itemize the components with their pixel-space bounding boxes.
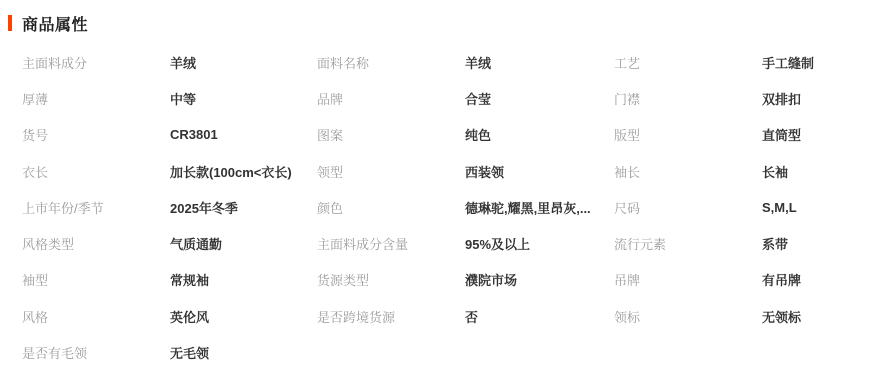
attribute-value: 无毛领 <box>170 343 221 362</box>
attribute-cell: 货源类型 濮院市场 <box>317 262 614 298</box>
attribute-value: 无领标 <box>762 307 813 326</box>
attribute-cell: 领型 西装领 <box>317 153 614 189</box>
attribute-label: 主面料成分含量 <box>317 234 465 253</box>
attribute-cell: 工艺 手工缝制 <box>614 44 872 80</box>
attribute-label: 图案 <box>317 125 465 144</box>
attribute-cell: 是否跨境货源 否 <box>317 298 614 334</box>
attribute-value: 常规袖 <box>170 270 221 289</box>
attribute-value: 羊绒 <box>170 53 208 72</box>
attribute-label: 流行元素 <box>614 234 762 253</box>
attribute-value: 德琳驼,耀黑,里昂灰,... <box>465 198 603 217</box>
attribute-cell: 是否有毛领 无毛领 <box>22 334 317 369</box>
attribute-label: 货源类型 <box>317 270 465 289</box>
attribute-value: 濮院市场 <box>465 270 529 289</box>
attribute-cell: 图案 纯色 <box>317 117 614 153</box>
product-attributes-header: 商品属性 <box>0 0 872 32</box>
attribute-label: 上市年份/季节 <box>22 198 170 217</box>
attribute-value: 双排扣 <box>762 89 813 108</box>
attribute-cell: 货号 CR3801 <box>22 117 317 153</box>
attribute-label: 颜色 <box>317 198 465 217</box>
attribute-cell: 领标 无领标 <box>614 298 872 334</box>
attribute-value: 英伦风 <box>170 307 221 326</box>
section-title: 商品属性 <box>22 12 88 35</box>
attribute-label: 版型 <box>614 125 762 144</box>
attribute-cell: 风格 英伦风 <box>22 298 317 334</box>
attribute-value: 95%及以上 <box>465 234 542 253</box>
attribute-label: 领型 <box>317 162 465 181</box>
attribute-value: 西装领 <box>465 162 516 181</box>
attribute-cell: 上市年份/季节 2025年冬季 <box>22 189 317 225</box>
attribute-label: 主面料成分 <box>22 53 170 72</box>
attribute-label: 风格 <box>22 307 170 326</box>
attribute-label: 袖长 <box>614 162 762 181</box>
attribute-cell: 衣长 加长款(100cm<衣长) <box>22 153 317 189</box>
attribute-cell: 厚薄 中等 <box>22 80 317 116</box>
attribute-value: 直筒型 <box>762 125 813 144</box>
attribute-value: 否 <box>465 307 490 326</box>
attribute-cell: 主面料成分 羊绒 <box>22 44 317 80</box>
attribute-cell: 门襟 双排扣 <box>614 80 872 116</box>
attribute-label: 袖型 <box>22 270 170 289</box>
attribute-label: 工艺 <box>614 53 762 72</box>
attribute-value: 手工缝制 <box>762 53 826 72</box>
attribute-value: 羊绒 <box>465 53 503 72</box>
attribute-cell: 颜色 德琳驼,耀黑,里昂灰,... <box>317 189 614 225</box>
attribute-value: 长袖 <box>762 162 800 181</box>
attribute-value: 加长款(100cm<衣长) <box>170 162 304 181</box>
attribute-value: 系带 <box>762 234 800 253</box>
accent-bar-icon <box>8 15 12 31</box>
attribute-value: 中等 <box>170 89 208 108</box>
attribute-label: 是否有毛领 <box>22 343 170 362</box>
attribute-label: 厚薄 <box>22 89 170 108</box>
attribute-label: 门襟 <box>614 89 762 108</box>
attribute-value: 有吊牌 <box>762 270 813 289</box>
attribute-cell: 品牌 合莹 <box>317 80 614 116</box>
attribute-label: 品牌 <box>317 89 465 108</box>
attribute-label: 吊牌 <box>614 270 762 289</box>
attribute-value: 2025年冬季 <box>170 198 250 217</box>
attribute-label: 面料名称 <box>317 53 465 72</box>
attribute-value: S,M,L <box>762 200 809 215</box>
attribute-label: 风格类型 <box>22 234 170 253</box>
attribute-label: 货号 <box>22 125 170 144</box>
attribute-cell: 面料名称 羊绒 <box>317 44 614 80</box>
attribute-cell: 版型 直筒型 <box>614 117 872 153</box>
attribute-value: 合莹 <box>465 89 503 108</box>
attribute-cell: 袖长 长袖 <box>614 153 872 189</box>
attribute-label: 尺码 <box>614 198 762 217</box>
attribute-cell: 袖型 常规袖 <box>22 262 317 298</box>
attribute-cell: 尺码 S,M,L <box>614 189 872 225</box>
attribute-label: 衣长 <box>22 162 170 181</box>
attribute-value: 气质通勤 <box>170 234 234 253</box>
attribute-label: 是否跨境货源 <box>317 307 465 326</box>
attribute-label: 领标 <box>614 307 762 326</box>
attributes-grid: 主面料成分 羊绒 面料名称 羊绒 工艺 手工缝制 厚薄 中等 品牌 合莹 门襟 … <box>0 44 872 369</box>
attribute-value: 纯色 <box>465 125 503 144</box>
attribute-cell: 吊牌 有吊牌 <box>614 262 872 298</box>
attribute-cell: 主面料成分含量 95%及以上 <box>317 225 614 261</box>
attribute-cell: 风格类型 气质通勤 <box>22 225 317 261</box>
attribute-value: CR3801 <box>170 127 230 142</box>
attribute-cell: 流行元素 系带 <box>614 225 872 261</box>
